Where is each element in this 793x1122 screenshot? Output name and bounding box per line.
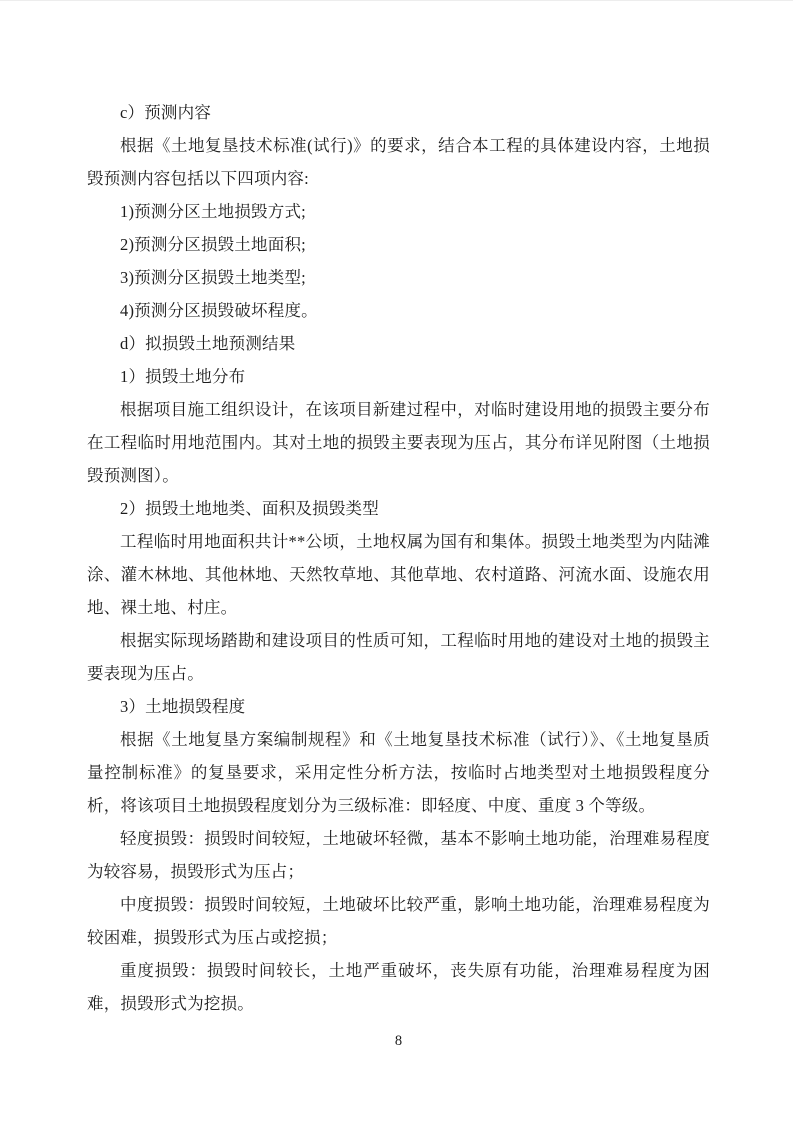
paragraph: 根据《土地复垦方案编制规程》和《土地复垦技术标准（试行）》、《土地复垦质量控制标… bbox=[87, 723, 710, 822]
heading-prediction-content: c）预测内容 bbox=[87, 96, 710, 129]
page-footer: 8 bbox=[87, 1032, 710, 1050]
paragraph-light-damage: 轻度损毁：损毁时间较短，土地破坏轻微，基本不影响土地功能，治理难易程度为较容易，… bbox=[87, 822, 710, 888]
paragraph: 根据实际现场踏勘和建设项目的性质可知，工程临时用地的建设对土地的损毁主要表现为压… bbox=[87, 624, 710, 690]
list-item: 1)预测分区土地损毁方式; bbox=[87, 195, 710, 228]
heading-damage-type: 2）损毁土地地类、面积及损毁类型 bbox=[87, 492, 710, 525]
paragraph-heavy-damage: 重度损毁：损毁时间较长，土地严重破坏，丧失原有功能，治理难易程度为困难，损毁形式… bbox=[87, 954, 710, 1020]
page-number: 8 bbox=[395, 1033, 402, 1049]
document-body: c）预测内容 根据《土地复垦技术标准(试行)》的要求，结合本工程的具体建设内容，… bbox=[87, 1, 710, 1020]
list-item: 4)预测分区损毁破坏程度。 bbox=[87, 294, 710, 327]
paragraph: 根据项目施工组织设计，在该项目新建过程中，对临时建设用地的损毁主要分布在工程临时… bbox=[87, 393, 710, 492]
document-page: c）预测内容 根据《土地复垦技术标准(试行)》的要求，结合本工程的具体建设内容，… bbox=[0, 0, 793, 1122]
heading-damage-degree: 3）土地损毁程度 bbox=[87, 690, 710, 723]
paragraph-medium-damage: 中度损毁：损毁时间较短，土地破坏比较严重，影响土地功能，治理难易程度为较困难，损… bbox=[87, 888, 710, 954]
list-item: 2)预测分区损毁土地面积; bbox=[87, 228, 710, 261]
list-item: 3)预测分区损毁土地类型; bbox=[87, 261, 710, 294]
paragraph: 工程临时用地面积共计**公顷，土地权属为国有和集体。损毁土地类型为内陆滩涂、灌木… bbox=[87, 525, 710, 624]
heading-damage-distribution: 1）损毁土地分布 bbox=[87, 360, 710, 393]
paragraph: 根据《土地复垦技术标准(试行)》的要求，结合本工程的具体建设内容，土地损毁预测内… bbox=[87, 129, 710, 195]
heading-prediction-result: d）拟损毁土地预测结果 bbox=[87, 327, 710, 360]
